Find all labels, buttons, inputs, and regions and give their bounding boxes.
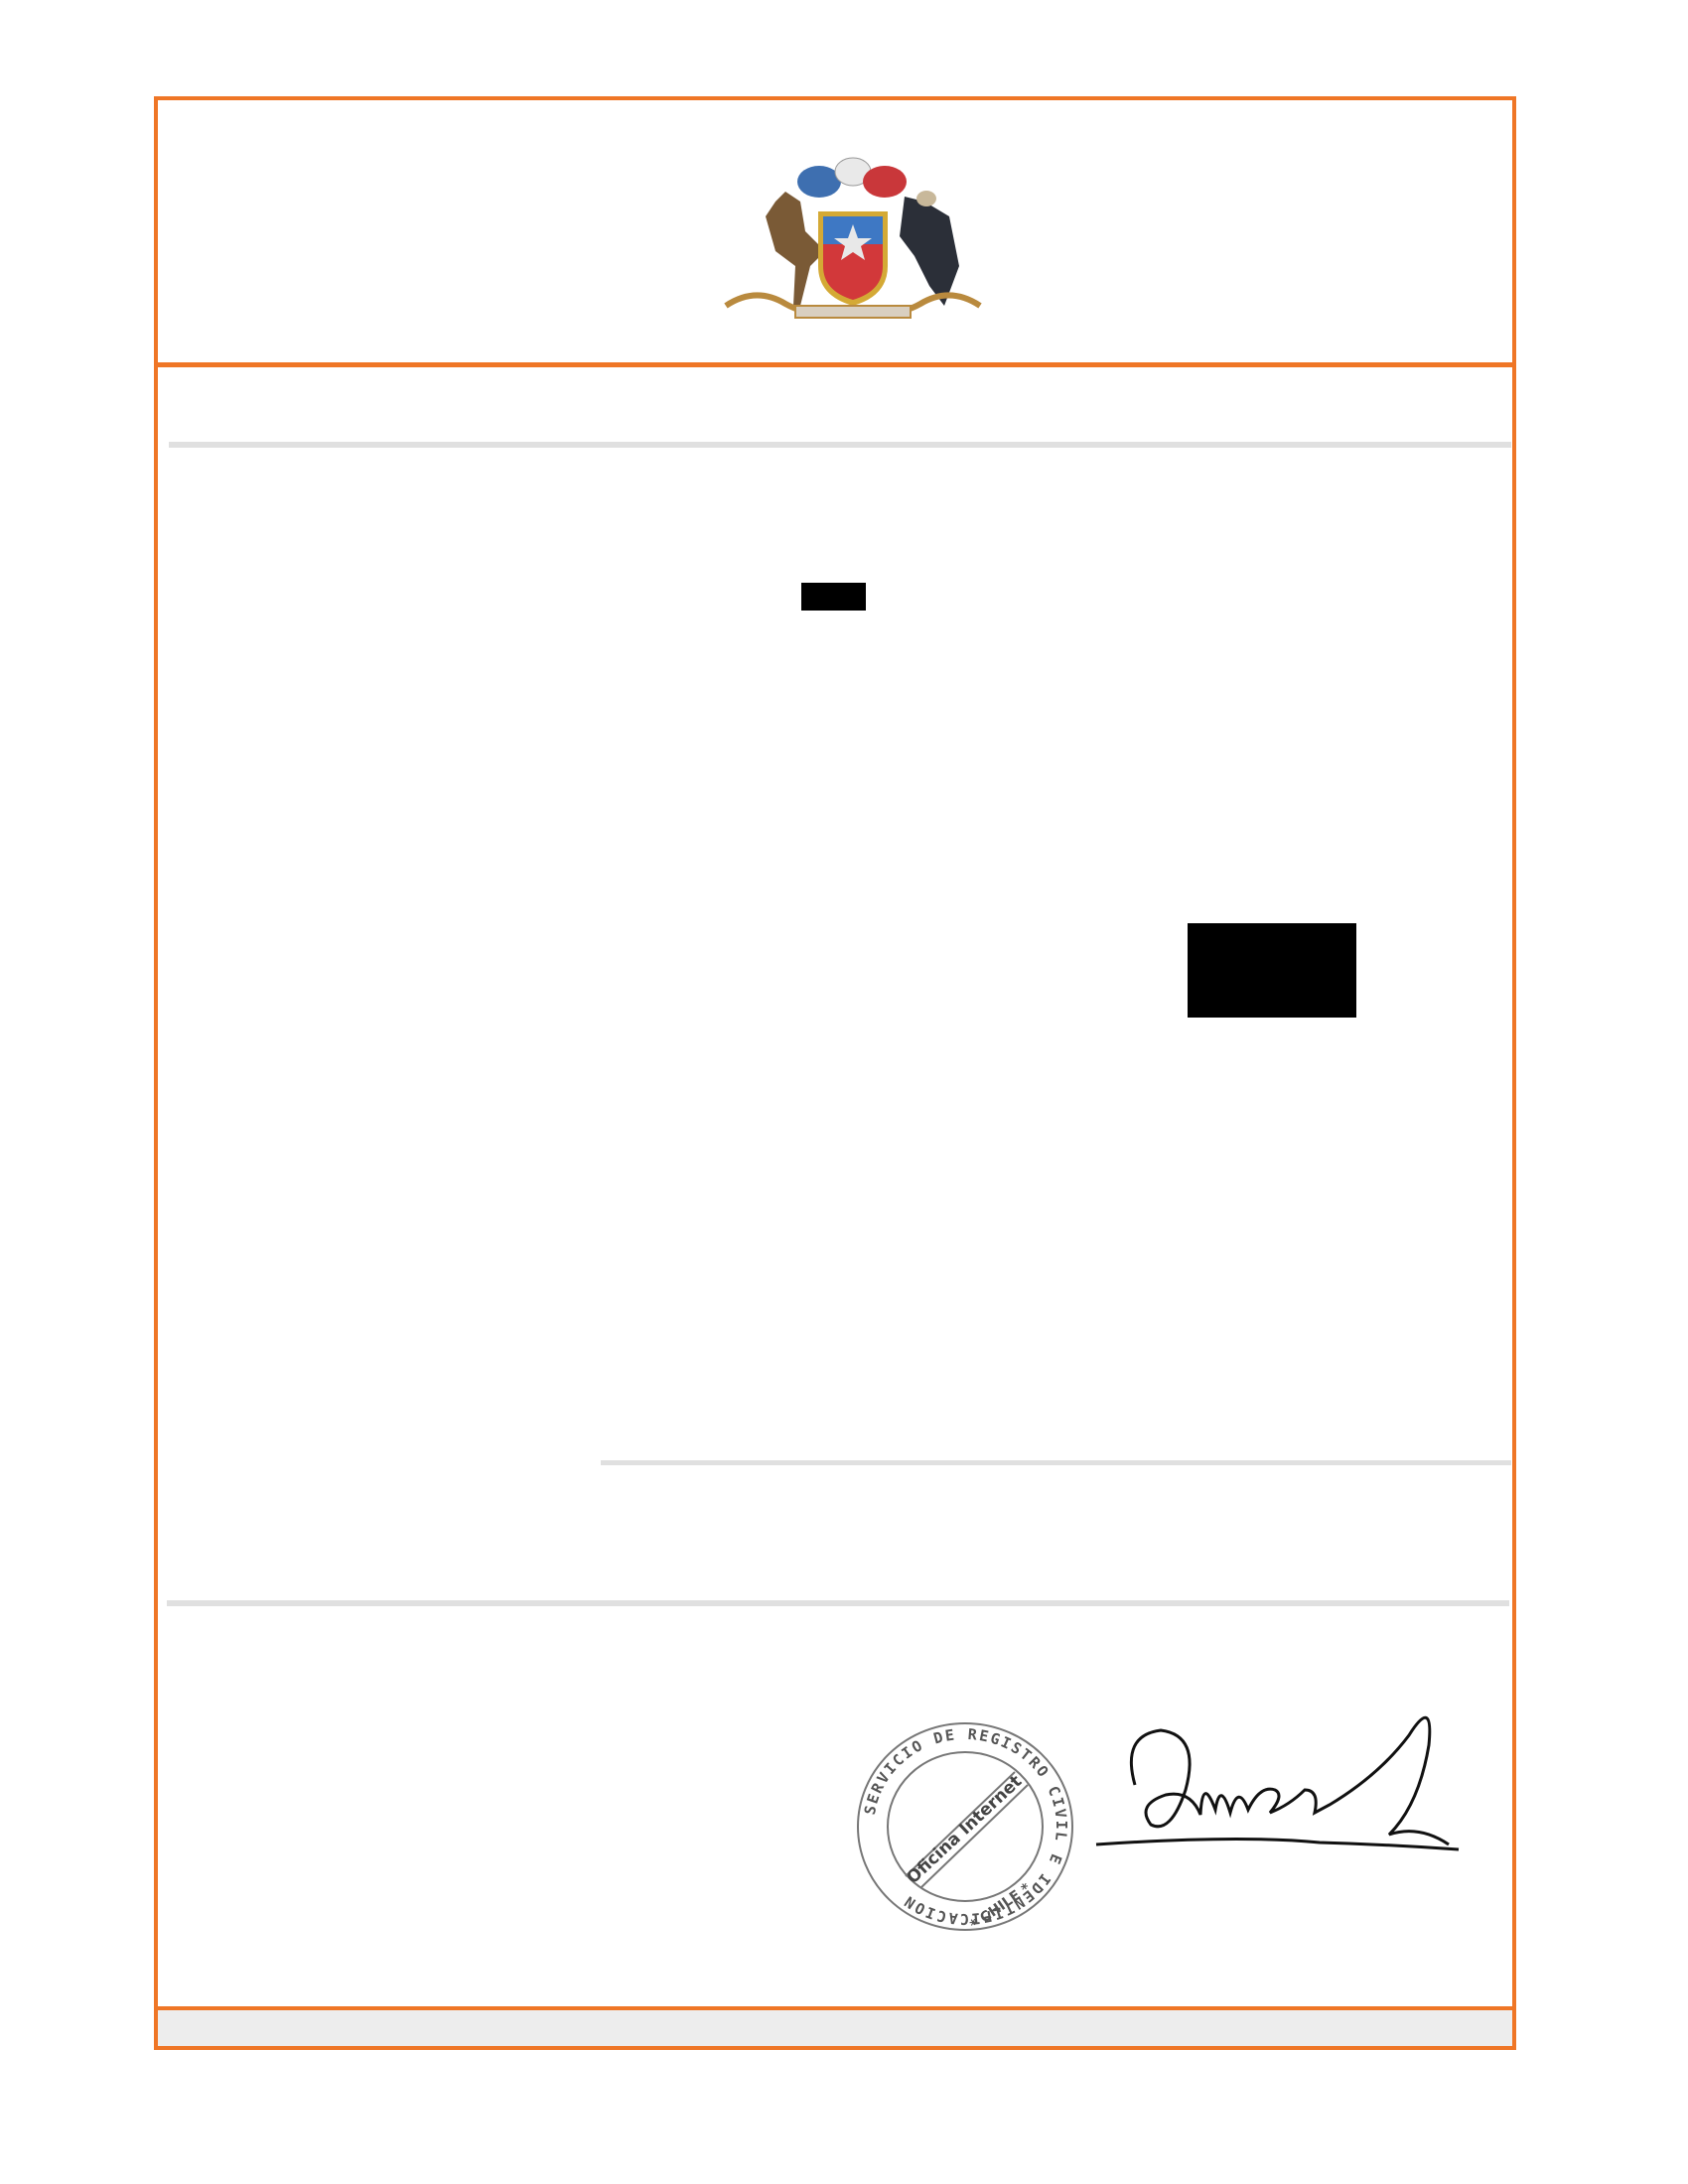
header-separator xyxy=(154,362,1516,367)
folio xyxy=(1493,107,1511,131)
verify-text xyxy=(238,1614,250,1733)
oficina-internet-seal-icon: SERVICIO DE REGISTRO CIVIL E IDENTIFICAC… xyxy=(842,1700,1070,1918)
issuer-name xyxy=(162,107,174,211)
pdf417-barcode xyxy=(254,1701,727,1911)
chile-coat-of-arms-icon xyxy=(707,139,981,313)
folio-barcode xyxy=(1293,260,1511,324)
redacted-run-values xyxy=(1188,923,1356,1018)
handwritten-signature-icon xyxy=(1082,1678,1499,1856)
verify-rule xyxy=(167,1600,1509,1606)
svg-text:Oficina Internet: Oficina Internet xyxy=(903,1772,1026,1888)
title-rule xyxy=(169,442,1511,448)
footer-band xyxy=(158,2010,1512,2046)
redacted-address-number xyxy=(801,583,866,611)
emission-rule xyxy=(601,1460,1511,1465)
